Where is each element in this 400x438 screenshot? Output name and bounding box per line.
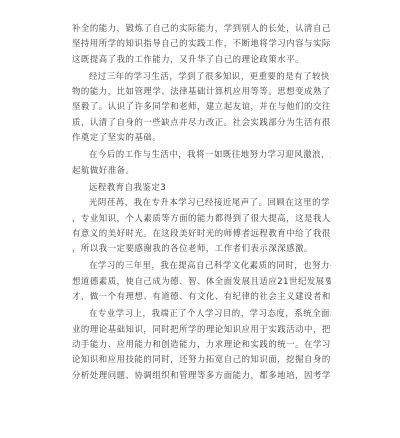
text-line: ，所以我一定要感谢我的各位老师，工作者们表示深深感激。 bbox=[72, 241, 331, 256]
paragraph-continuation: 补全的能力，锻炼了自己的实际能力，学到别人的长处，认清自己的短处。我始终 坚持用… bbox=[72, 21, 331, 67]
text-line: 在专业学习上，我端正了个人学习目的，学习态度，系统全面地学习了本专 bbox=[72, 306, 331, 321]
text-line: 论知识和应用技能的同时，还努力拓宽自己的知识面，挖掘自身的潜力，培养自己 bbox=[72, 352, 331, 367]
paragraph-intro: 光阴荏苒，我在专升本学习已经接近尾声了。回顾在这里的学习我的思想觉悟 ，专业知识… bbox=[72, 195, 331, 256]
text-line: ，专业知识，个人素质等方面的能力都得到了很大提高，这是我人生中最大实且最 bbox=[72, 211, 331, 226]
heading-text: 远程教育自我鉴定3 bbox=[72, 180, 331, 195]
text-line: 坚持用所学的知识指导自己的实践工作，不断地将学习内容与实际情况相互印证； bbox=[72, 36, 331, 51]
document-body: 补全的能力，锻炼了自己的实际能力，学到别人的长处，认清自己的短处。我始终 坚持用… bbox=[72, 21, 331, 383]
text-line: 坚毅了。认识了许多同学和老师，建立起友谊，并在与他们的交往中提升了自身素 bbox=[72, 99, 331, 114]
text-line: 补全的能力，锻炼了自己的实际能力，学到别人的长处，认清自己的短处。我始终 bbox=[72, 21, 331, 36]
text-line: 物的能力，比如管理学、法律基础计算机应用等等。思想变成熟了许多，性格更 bbox=[72, 84, 331, 99]
text-line: 分析处理问题、协调组织和管理等多方面能力，都多地培，因考学校实习十年寒窗 bbox=[72, 368, 331, 383]
text-line: 这既提高了我的工作能力，又升华了自己的理论政策水平。 bbox=[72, 52, 331, 67]
text-line: 光阴荏苒，我在专升本学习已经接近尾声了。回顾在这里的学习我的思想觉悟 bbox=[72, 195, 331, 210]
text-line: 经过三年的学习生活，学到了很多知识，更重要的是有了较快掌握一种新事 bbox=[72, 69, 331, 84]
text-line: 在学习的三年里，我在提高自己科学文化素质的同时，也努力提高自己的思 bbox=[72, 258, 331, 273]
text-line: 有意义的美好时光。在这段美好时光的师傅者远程教育中给了我很大的帮助 bbox=[72, 226, 331, 241]
text-line: 作奠定了坚实的基础。 bbox=[72, 130, 331, 145]
paragraph-study-summary: 经过三年的学习生活，学到了很多知识，更重要的是有了较快掌握一种新事 物的能力，比… bbox=[72, 69, 331, 145]
paragraph-professional-study: 在专业学习上，我端正了个人学习目的，学习态度，系统全面地学习了本专 业的理论基础… bbox=[72, 306, 331, 382]
section-heading: 远程教育自我鉴定3 bbox=[72, 180, 331, 195]
text-line: 动手能力、应用能力和创造能力，力求理论和实践的统一。在学习和掌握本专业理 bbox=[72, 337, 331, 352]
text-line: 才，做一个有理想、有道德、有文化、有纪律的社会主义建设者和接班人。 bbox=[72, 289, 331, 304]
text-line: 业的理论基础知识，同时把所学的理论知识应用于实践活动中，把所学知识转化为 bbox=[72, 322, 331, 337]
text-line: 在今后的工作与生活中，我将一如既往地努力学习迎风激浪，为未来的扬帆 bbox=[72, 147, 331, 162]
text-line: 起航做好准备。 bbox=[72, 163, 331, 178]
paragraph-moral-quality: 在学习的三年里，我在提高自己科学文化素质的同时，也努力提高自己的思 想道德素质，… bbox=[72, 258, 331, 304]
text-line: 想道德素质，使自己成为德、智、体全面发展且适应21世纪发展要求的综合型人 bbox=[72, 274, 331, 289]
document-page: 补全的能力，锻炼了自己的实际能力，学到别人的长处，认清自己的短处。我始终 坚持用… bbox=[0, 0, 400, 438]
text-line: 质，认清了自身的一些缺点并尽力改正。社会实践部分为生活有很大提高，为更好的工 bbox=[72, 115, 331, 130]
paragraph-future-outlook: 在今后的工作与生活中，我将一如既往地努力学习迎风激浪，为未来的扬帆 起航做好准备… bbox=[72, 147, 331, 178]
